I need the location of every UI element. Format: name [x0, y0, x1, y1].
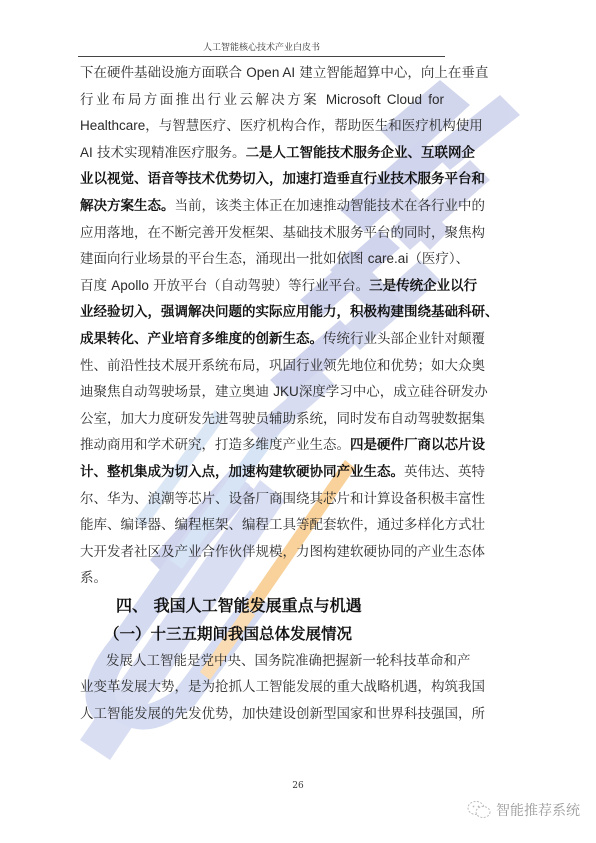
wechat-account-watermark: 智能推荐系统	[466, 800, 580, 820]
text-line: 计、整机集成为切入点，加速构建软硬协同产业生态。英伟达、英特	[80, 459, 444, 486]
running-header: 人工智能核心技术产业白皮书	[78, 42, 445, 57]
text-line: 百度 Apollo 开放平台（自动驾驶）等行业平台。三是传统企业以行	[80, 273, 444, 300]
text-line: 发展人工智能是党中央、国务院准确把握新一轮科技革命和产	[80, 648, 444, 675]
text-line: 大开发者社区及产业合作伙伴规模，力图构建软硬协同的产业生态体	[80, 539, 444, 566]
text-line: 推动商用和学术研究，打造多维度产业生态。四是硬件厂商以芯片设	[80, 432, 444, 459]
section-subheading: （一）十三五期间我国总体发展情况	[104, 620, 444, 648]
wechat-icon	[466, 800, 492, 820]
section-heading: 四、 我国人工智能发展重点与机遇	[116, 592, 444, 620]
text-line: 解决方案生态。当前，该类主体正在加速推动智能技术在各行业中的	[80, 193, 444, 220]
text-line: 行业布局方面推出行业云解决方案 Microsoft Cloud for	[80, 87, 444, 114]
text-line: 性、前沿性技术展开系统布局，巩固行业领先地位和优势；如大众奥	[80, 353, 444, 380]
text-line: 下在硬件基础设施方面联合 Open AI 建立智能超算中心，向上在垂直	[80, 60, 444, 87]
text-line: 应用落地，在不断完善开发框架、基础技术服务平台的同时，聚焦构	[80, 220, 444, 247]
page-content: 下在硬件基础设施方面联合 Open AI 建立智能超算中心，向上在垂直 行业布局…	[80, 60, 444, 728]
wechat-account-name: 智能推荐系统	[496, 800, 580, 820]
text-line: 业经验切入，强调解决问题的实际应用能力，积极构建围绕基础科研、	[80, 299, 444, 326]
page-number: 26	[0, 781, 596, 791]
text-line: 能库、编译器、编程框架、编程工具等配套软件，通过多样化方式壮	[80, 512, 444, 539]
text-line: 公室，加大力度研发先进驾驶员辅助系统，同时发布自动驾驶数据集	[80, 406, 444, 433]
text-line: Healthcare，与智慧医疗、医疗机构合作，帮助医生和医疗机构使用	[80, 113, 444, 140]
text-line: 系。	[80, 565, 444, 592]
text-line: 业变革发展大势，是为抢抓人工智能发展的重大战略机遇，构筑我国	[80, 674, 444, 701]
text-line: 成果转化、产业培育多维度的创新生态。传统行业头部企业针对颠覆	[80, 326, 444, 353]
text-line: 迪聚焦自动驾驶场景，建立奥迪 JKU深度学习中心，成立硅谷研发办	[80, 379, 444, 406]
text-line: AI 技术实现精准医疗服务。二是人工智能技术服务企业、互联网企	[80, 140, 444, 167]
text-line: 人工智能发展的先发优势，加快建设创新型国家和世界科技强国，所	[80, 701, 444, 728]
text-line: 业以视觉、语音等技术优势切入，加速打造垂直行业技术服务平台和	[80, 166, 444, 193]
text-line: 尔、华为、浪潮等芯片、设备厂商围绕其芯片和计算设备积极丰富性	[80, 486, 444, 513]
text-line: 建面向行业场景的平台生态，涌现出一批如依图 care.ai（医疗）、	[80, 246, 444, 273]
